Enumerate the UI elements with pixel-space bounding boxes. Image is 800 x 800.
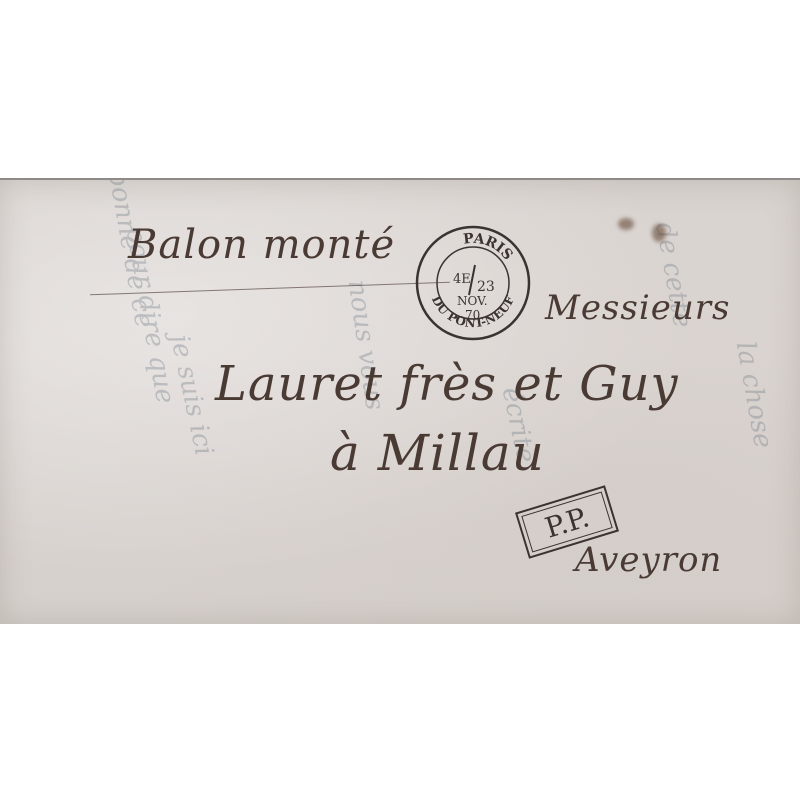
postmark-top-text: PARIS <box>462 231 515 264</box>
envelope: le sa bonne de ce pour dire que je suis … <box>0 178 800 624</box>
salutation: Messieurs <box>545 288 730 328</box>
ink-stain <box>618 218 634 230</box>
svg-text:PARIS: PARIS <box>462 231 515 264</box>
postmark-day: 23 <box>477 279 495 295</box>
recipient-name: Lauret frès et Guy <box>215 356 679 412</box>
recipient-city: à Millau <box>330 424 545 482</box>
postmark-time: 4E <box>453 272 471 287</box>
recipient-department: Aveyron <box>575 540 722 580</box>
balloon-header: Balon monté <box>128 222 395 268</box>
postmark-year: 70 <box>465 308 480 322</box>
postmark: PARIS DU PONT-NEUF 4E 23 NOV. 70 <box>413 223 533 343</box>
ink-stain <box>652 224 666 242</box>
postmark-month: NOV. <box>457 294 488 308</box>
